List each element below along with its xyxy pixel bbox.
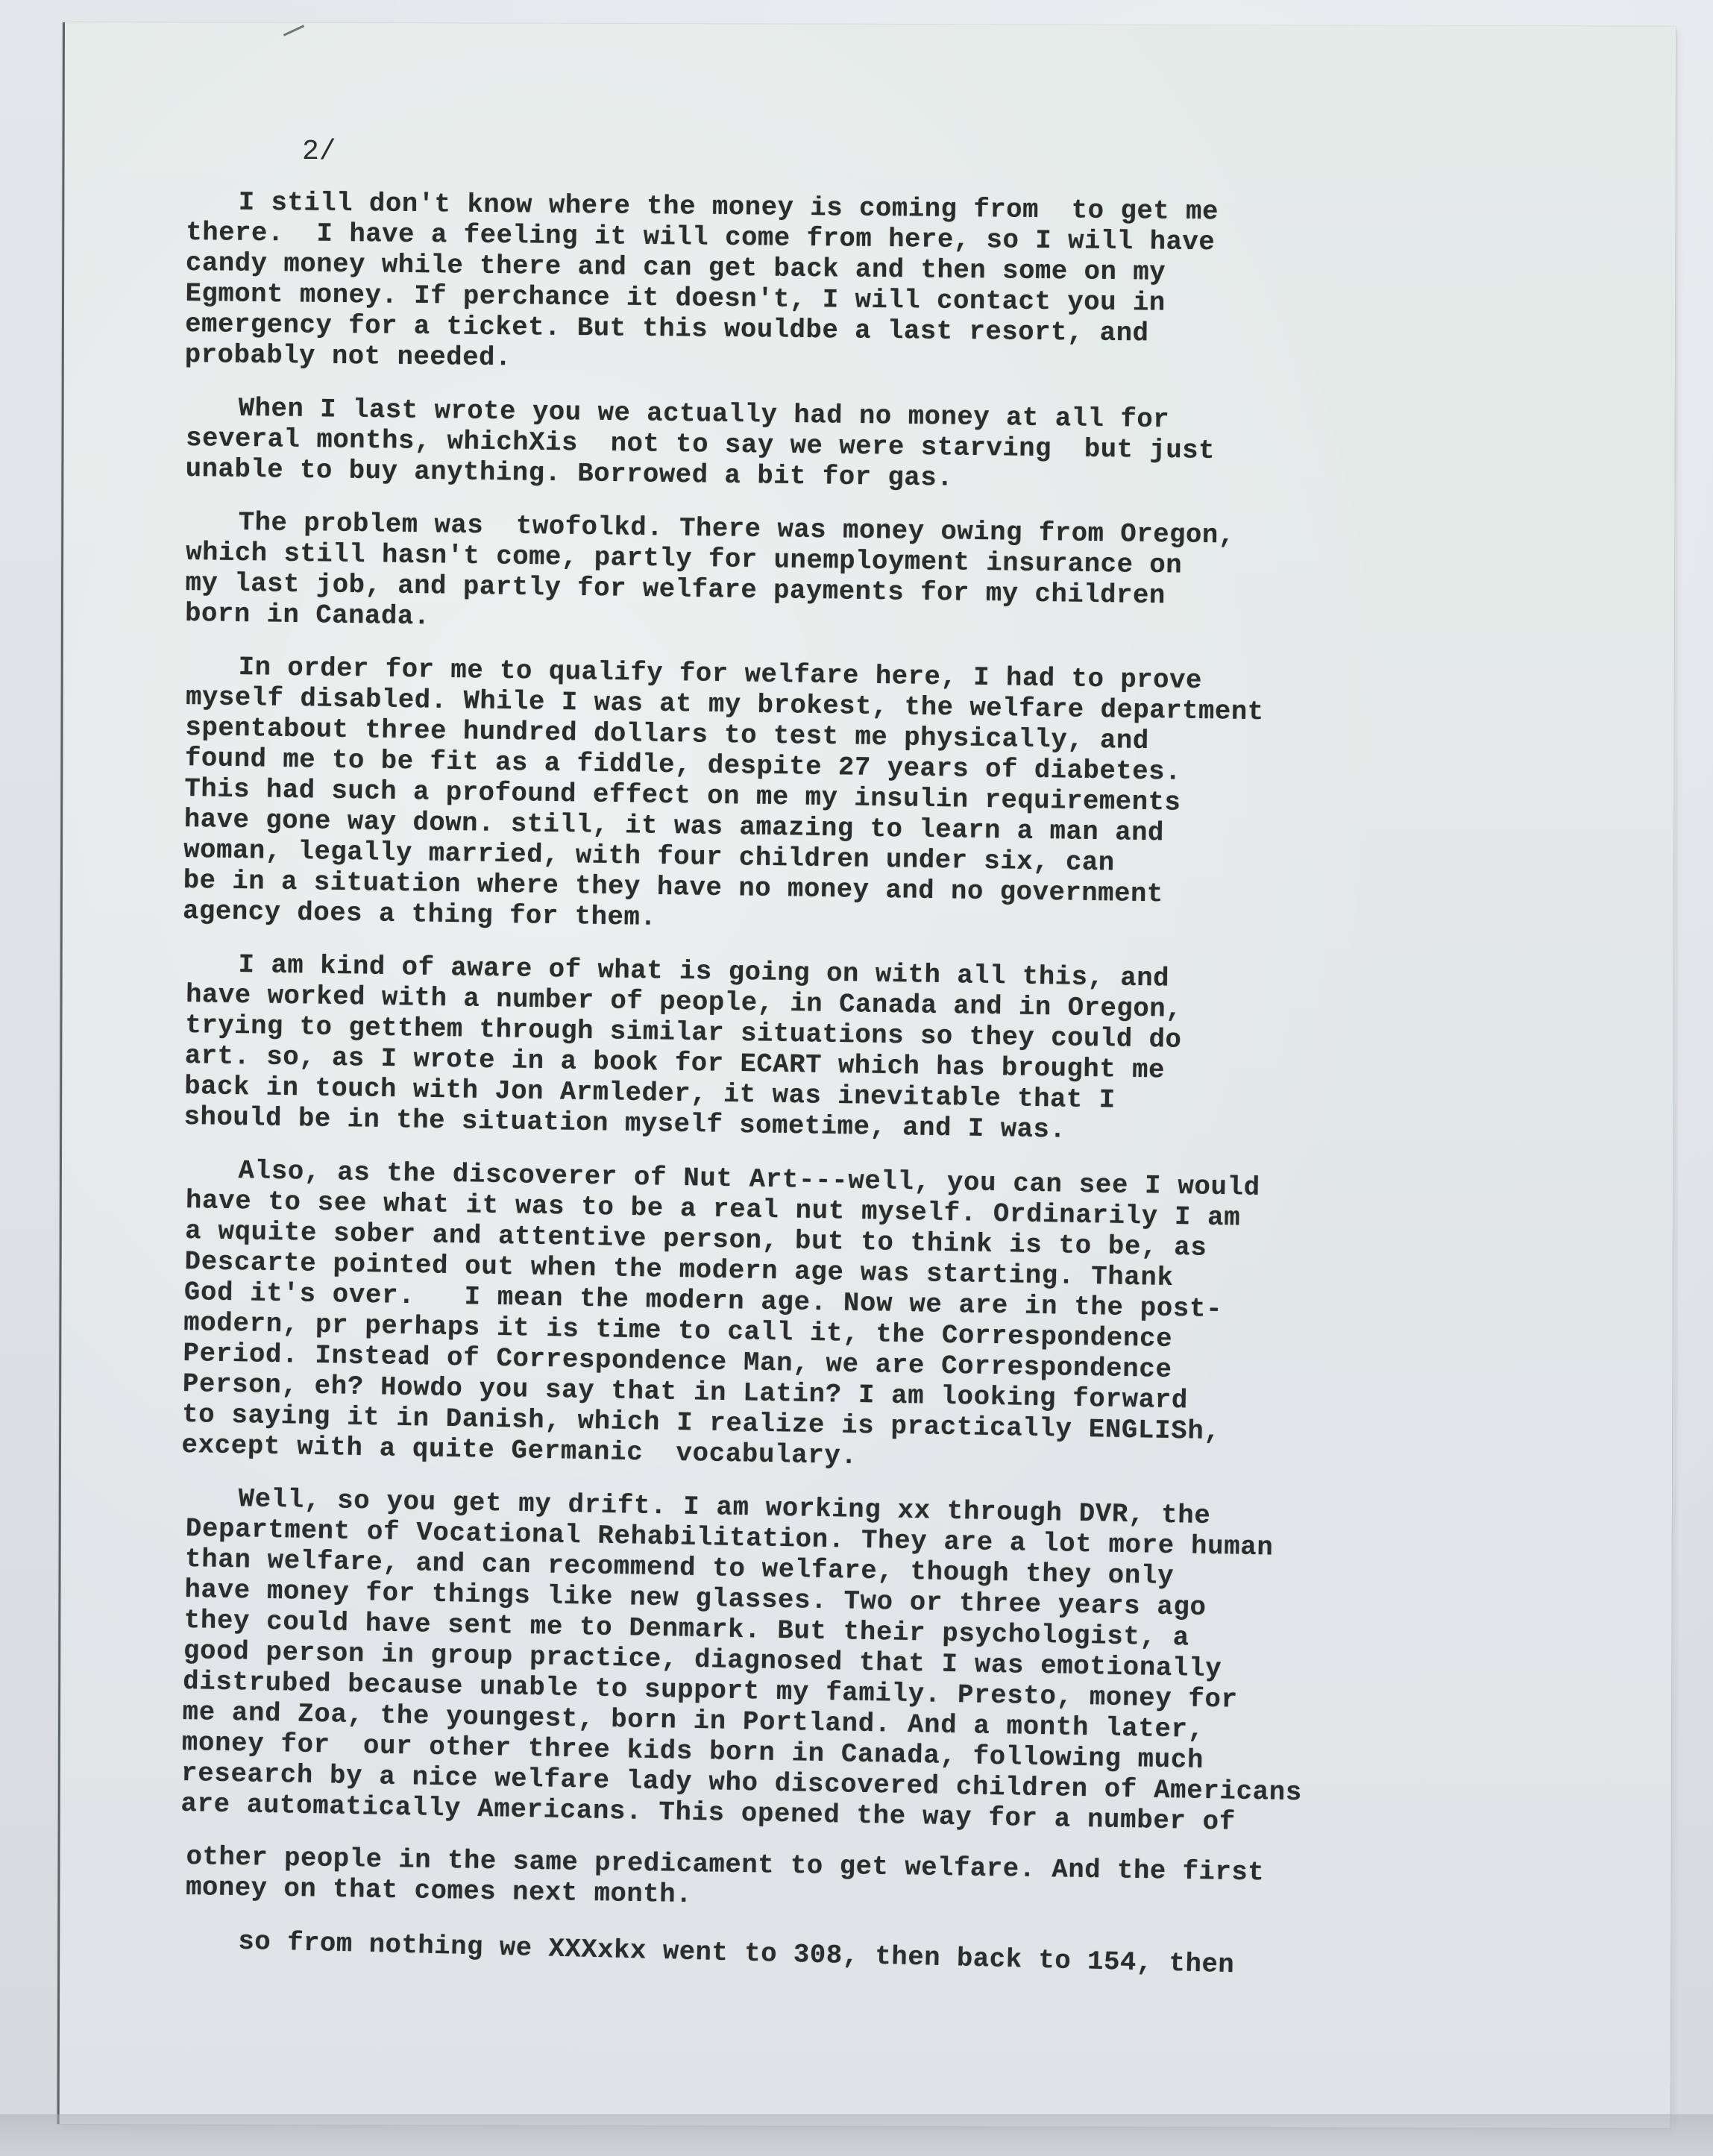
paragraph: When I last wrote you we actually had no…: [185, 392, 1498, 500]
letter-body: I still don't know where the money is co…: [186, 186, 1499, 1978]
paragraph: The problem was twofolkd. There was mone…: [185, 506, 1499, 646]
paragraph: other people in the same predicament to …: [186, 1841, 1499, 1922]
text-line: so from nothing we XXXxkx went to 308, t…: [186, 1925, 1498, 1986]
paragraph: I am kind of aware of what is going on w…: [183, 949, 1498, 1151]
paragraph: Well, so you get my drift. I am working …: [180, 1483, 1499, 1842]
page-bottom-shadow: [0, 2114, 1713, 2156]
pen-mark: [283, 25, 309, 45]
paragraph: I still don't know where the money is co…: [185, 186, 1499, 383]
paragraph: Also, as the discoverer of Nut Art---wel…: [181, 1154, 1499, 1482]
paragraph: In order for me to qualify for welfare h…: [183, 651, 1499, 945]
paragraph: so from nothing we XXXxkx went to 308, t…: [186, 1925, 1498, 1986]
page-number: 2/: [302, 136, 336, 168]
